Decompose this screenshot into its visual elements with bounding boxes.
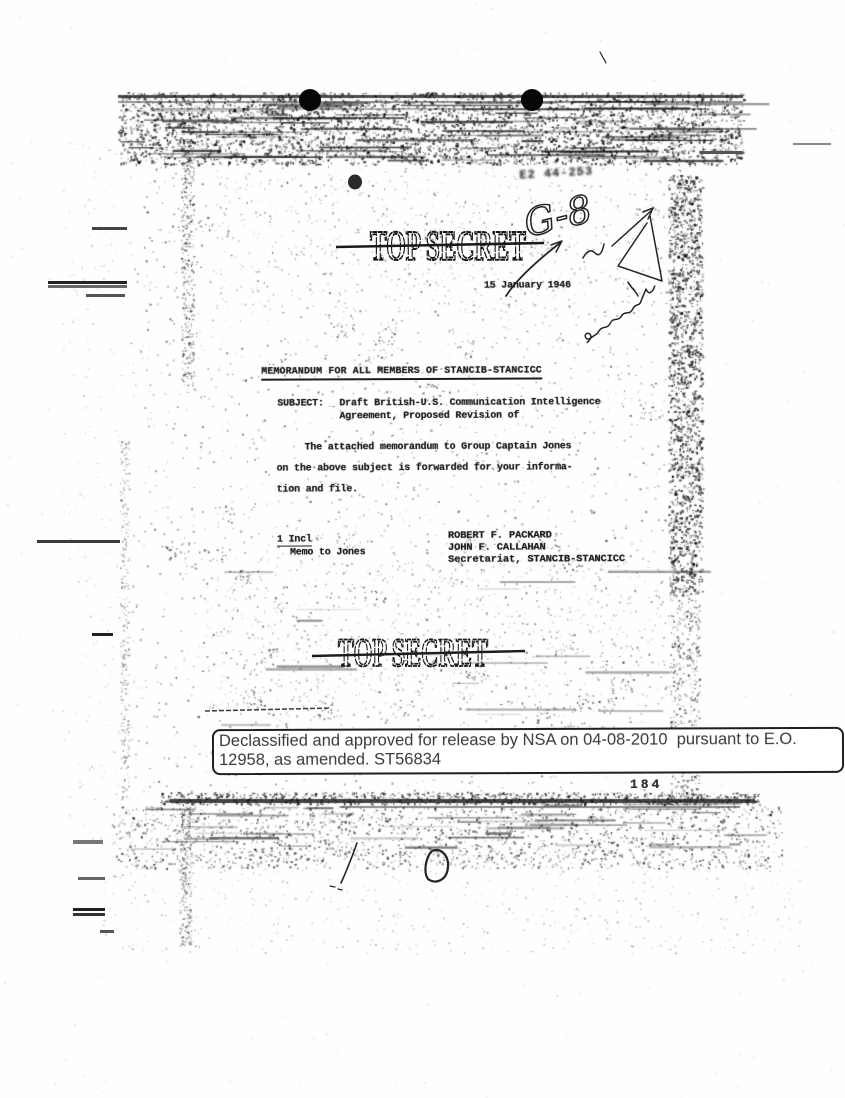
banner-line-2: 12958, as amended. ST56834 — [219, 749, 837, 770]
enclosure-count: 1 Incl — [277, 534, 312, 546]
reference-stamp: E2 44-253 — [519, 164, 593, 182]
signer-org: Secretariat, STANCIB-STANCICC — [448, 553, 625, 566]
memo-heading: MEMORANDUM FOR ALL MEMBERS OF STANCIB-ST… — [261, 365, 542, 380]
body-line-1: The attached memorandum to Group Captain… — [305, 441, 572, 453]
enclosure-desc: Memo to Jones — [290, 547, 365, 558]
memo-page: E2 44-253 15 January 1946 MEMORANDUM FOR… — [0, 0, 845, 1098]
body-line-2: on the above subject is forwarded for yo… — [277, 462, 573, 474]
subject-line-2: Agreement, Proposed Revision of — [339, 411, 519, 423]
banner-line-1: Declassified and approved for release by… — [219, 730, 837, 751]
subject-label: SUBJECT: — [277, 398, 323, 409]
page-number: 184 — [630, 777, 662, 792]
signer-name-1: ROBERT F. PACKARD — [448, 529, 552, 541]
subject-line-1: Draft British-U.S. Communication Intelli… — [339, 397, 600, 409]
declassification-banner: Declassified and approved for release by… — [212, 727, 844, 775]
scanned-document: E2 44-253 15 January 1946 MEMORANDUM FOR… — [0, 0, 845, 1098]
body-line-3: tion and file. — [277, 484, 358, 495]
signer-name-2: JOHN F. CALLAHAN — [448, 541, 546, 553]
date-line: 15 January 1946 — [484, 280, 571, 291]
